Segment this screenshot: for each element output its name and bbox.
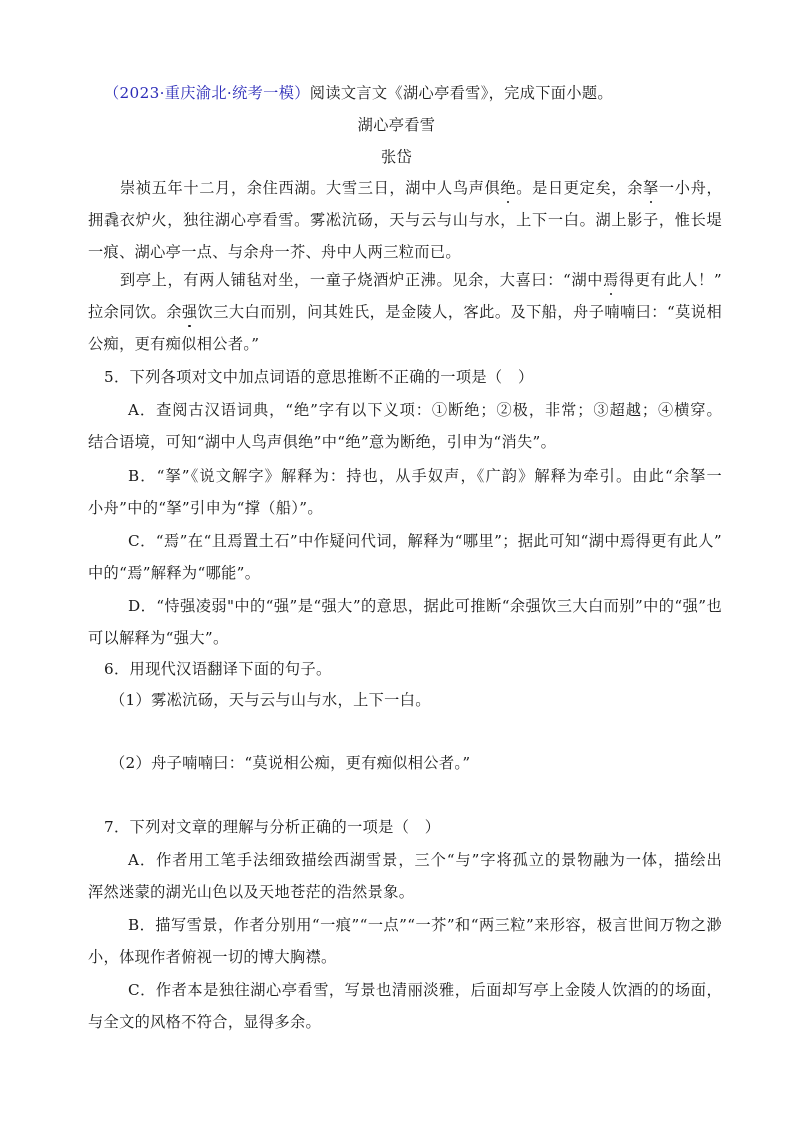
q6-sentence-2: （2）舟子喃喃曰：“莫说相公痴，更有痴似相公者。” bbox=[110, 753, 744, 773]
q5-option-c-line2: 中的“焉”解释为“哪能”。 bbox=[88, 563, 722, 583]
q5-option-b-line1: B．“拏”《说文解字》解释为：持也，从手奴声，《广韵》解释为牵引。由此“余拏一 bbox=[128, 466, 722, 486]
text-segment: 一小舟， bbox=[659, 179, 722, 197]
q7-option-c-line2: 与全文的风格不符合，显得多余。 bbox=[88, 1012, 722, 1032]
q5-option-d-line2: 可以解释为“强大”。 bbox=[88, 628, 722, 648]
passage-title: 湖心亭看雪 bbox=[0, 115, 793, 135]
document-page: （2023·重庆渝北·统考一模）阅读文言文《湖心亭看雪》，完成下面小题。 湖心亭… bbox=[0, 0, 793, 1122]
text-segment: 崇祯五年十二月，余住西湖。大雪三日，湖中人鸟声俱 bbox=[120, 179, 500, 197]
q5-option-d-line1: D．“恃强凌弱"中的“强”是“强大”的意思，据此可推断“余强饮三大白而别”中的“… bbox=[128, 596, 722, 616]
source-label: （2023·重庆渝北·统考一模） bbox=[104, 84, 310, 102]
emphasis-word-qiang: 强 bbox=[182, 302, 198, 322]
passage-p1-line2: 拥毳衣炉火，独往湖心亭看雪。雾凇沆砀，天与云与山与水，上下一白。湖上影子，惟长堤 bbox=[88, 210, 722, 230]
passage-p2-line1: 到亭上，有两人铺毡对坐，一童子烧酒炉正沸。见余，大喜曰：“湖中焉得更有此人！” bbox=[120, 270, 722, 290]
passage-p1-line3: 一痕、湖心亭一点、与余舟一芥、舟中人两三粒而已。 bbox=[88, 242, 722, 262]
passage-author: 张岱 bbox=[0, 147, 793, 167]
q7-option-b-line2: 小，体现作者俯视一切的博大胸襟。 bbox=[88, 947, 722, 967]
q7-option-c-line1: C．作者本是独往湖心亭看雪，写景也清丽淡雅，后面却写亭上金陵人饮酒的的场面， bbox=[128, 980, 722, 1000]
question-header: （2023·重庆渝北·统考一模）阅读文言文《湖心亭看雪》，完成下面小题。 bbox=[104, 83, 738, 103]
text-segment: 拉余同饮。余 bbox=[88, 303, 182, 321]
instruction-text: 阅读文言文《湖心亭看雪》，完成下面小题。 bbox=[310, 84, 613, 102]
passage-p2-line2: 拉余同饮。余强饮三大白而别，问其姓氏，是金陵人，客此。及下船，舟子喃喃曰：“莫说… bbox=[88, 302, 722, 322]
q7-option-a-line2: 浑然迷蒙的湖光山色以及天地苍茫的浩然景象。 bbox=[88, 882, 722, 902]
text-segment: 得更有此人！” bbox=[619, 271, 722, 289]
emphasis-word-na: 拏 bbox=[643, 178, 659, 198]
emphasis-word-yan: 焉 bbox=[603, 270, 619, 290]
q5-option-a-line1: A．查阅古汉语词典，“绝”字有以下义项：①断绝；②极，非常；③超越；④横穿。 bbox=[128, 400, 722, 420]
q5-option-a-line2: 结合语境，可知“湖中人鸟声俱绝”中“绝”意为断绝，引申为“消失”。 bbox=[88, 432, 722, 452]
q7-stem: 7．下列对文章的理解与分析正确的一项是（ ） bbox=[104, 817, 738, 837]
q6-sentence-1: （1）雾凇沆砀，天与云与山与水，上下一白。 bbox=[110, 690, 744, 710]
q5-option-b-line2: 小舟”中的“拏”引申为“撑（船）”。 bbox=[88, 498, 722, 518]
text-segment: 到亭上，有两人铺毡对坐，一童子烧酒炉正沸。见余，大喜曰：“湖中 bbox=[120, 271, 603, 289]
q5-stem: 5．下列各项对文中加点词语的意思推断不正确的一项是（ ） bbox=[104, 367, 738, 387]
q5-option-c-line1: C．“焉”在“且焉置土石”中作疑问代词，解释为“哪里”；据此可知“湖中焉得更有此… bbox=[128, 531, 722, 551]
text-segment: 。是日更定矣，余 bbox=[516, 179, 643, 197]
q7-option-b-line1: B．描写雪景，作者分别用“一痕”“一点”“一芥”和“两三粒”来形容，极言世间万物… bbox=[128, 915, 722, 935]
passage-p2-line3: 公痴，更有痴似相公者。” bbox=[88, 334, 722, 354]
emphasis-word-jue: 绝 bbox=[500, 178, 516, 198]
q7-option-a-line1: A．作者用工笔手法细致描绘西湖雪景，三个“与”字将孤立的景物融为一体，描绘出 bbox=[128, 850, 722, 870]
q6-stem: 6．用现代汉语翻译下面的句子。 bbox=[104, 659, 738, 679]
text-segment: 饮三大白而别，问其姓氏，是金陵人，客此。及下船，舟子喃喃曰：“莫说相 bbox=[197, 303, 722, 321]
passage-p1-line1: 崇祯五年十二月，余住西湖。大雪三日，湖中人鸟声俱绝。是日更定矣，余拏一小舟， bbox=[120, 178, 722, 198]
